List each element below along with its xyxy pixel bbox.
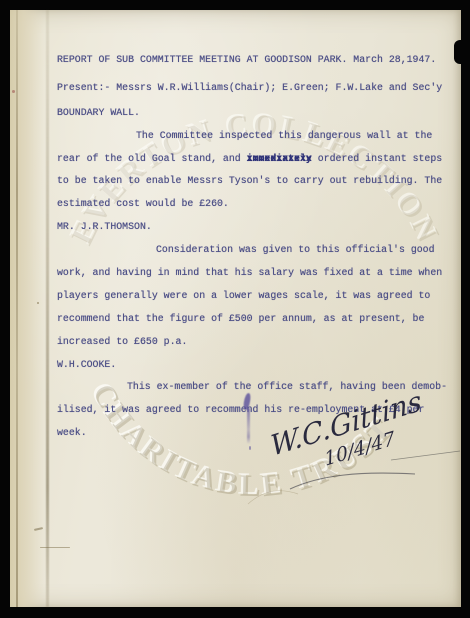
- heading-boundary-wall: BOUNDARY WALL.: [57, 102, 453, 125]
- signature-flourish: [290, 473, 415, 489]
- paper-scratch: [40, 547, 70, 548]
- struck-out-word: immediatelyxxxxxxxxxxx: [247, 148, 312, 171]
- heading-thomson: MR. J.R.THOMSON.: [57, 216, 453, 239]
- typed-text-block: REPORT OF SUB COMMITTEE MEETING AT GOODI…: [57, 49, 453, 445]
- typed-line: estimated cost would be £260.: [57, 193, 453, 216]
- typed-line-with-strikeout: rear of the old Goal stand, and immediat…: [57, 148, 453, 171]
- scanned-document: EVERTON COLLECTION EVERTON COLLECTION CH…: [0, 0, 470, 618]
- heading-cooke: W.H.COOKE.: [57, 354, 453, 377]
- typed-text: ordered instant steps: [312, 153, 442, 164]
- page-fold-line: [46, 10, 49, 607]
- present-line: Present:- Messrs W.R.Williams(Chair); E.…: [57, 77, 453, 100]
- typed-text: rear of the old Goal stand, and: [57, 153, 247, 164]
- typed-line: players generally were on a lower wages …: [57, 285, 453, 308]
- pencil-line: [391, 451, 460, 460]
- page-crease: [16, 10, 18, 607]
- paper-speck: [12, 90, 15, 93]
- page-edge-notch: [454, 40, 463, 64]
- typed-line: The Committee inspected this dangerous w…: [57, 125, 453, 148]
- typed-line: recommend that the figure of £500 per an…: [57, 308, 453, 331]
- typed-line: week.: [57, 422, 453, 445]
- typed-line: to be taken to enable Messrs Tyson's to …: [57, 170, 453, 193]
- typed-line: Consideration was given to this official…: [57, 239, 453, 262]
- paper-fiber-mark: [248, 491, 298, 504]
- strikeout-overtype: xxxxxxxxxxx: [247, 148, 312, 171]
- typed-line: This ex-member of the office staff, havi…: [57, 376, 453, 399]
- paper-speck: [37, 302, 39, 304]
- typed-line: ilised, it was agreed to recommend his r…: [57, 399, 453, 422]
- typed-line: work, and having in mind that his salary…: [57, 262, 453, 285]
- document-page: EVERTON COLLECTION EVERTON COLLECTION CH…: [10, 10, 461, 607]
- ink-blot-speck: [249, 446, 251, 450]
- ink-blot-trail: [247, 408, 250, 444]
- typed-line: increased to £650 p.a.: [57, 331, 453, 354]
- report-title: REPORT OF SUB COMMITTEE MEETING AT GOODI…: [57, 49, 453, 72]
